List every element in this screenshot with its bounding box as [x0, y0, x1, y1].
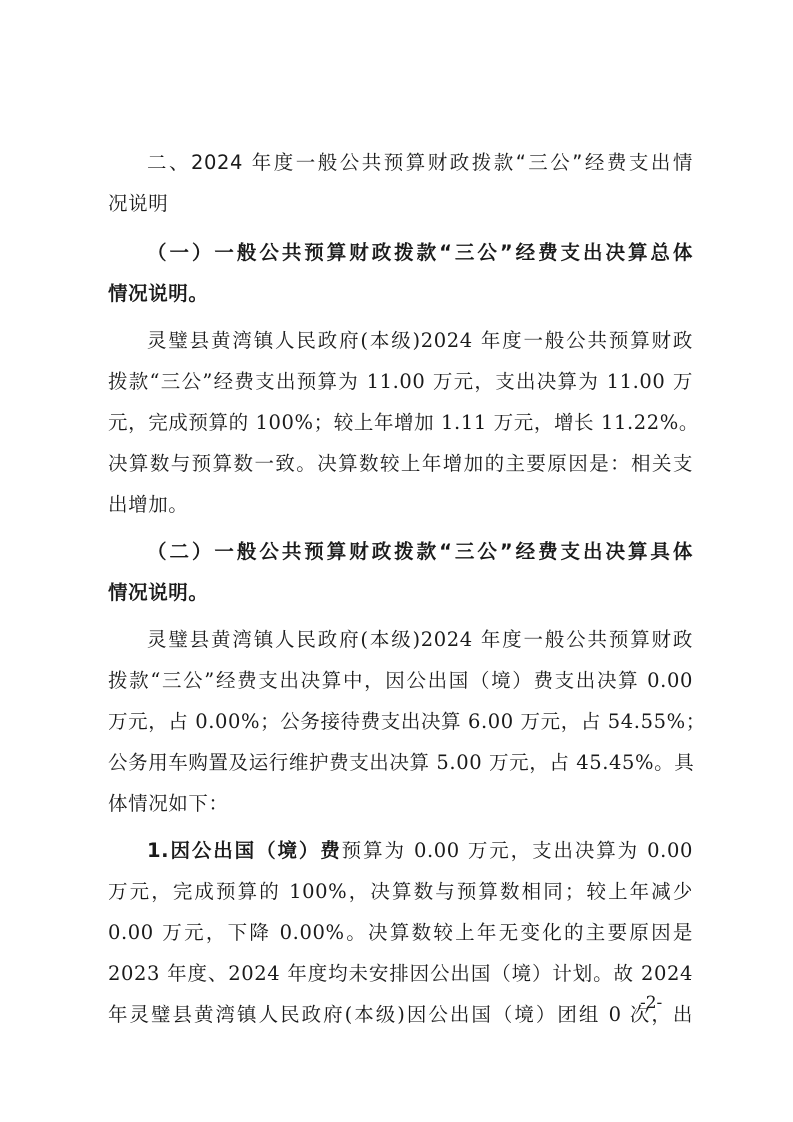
paragraph-line: 灵璧县黄湾镇人民政府(本级)2024 年度一般公共预算财政: [108, 320, 693, 361]
paragraph-line: 万元，完成预算的 100%，决算数与预算数相同；较上年减少: [108, 871, 693, 912]
section-heading: 二、2024 年度一般公共预算财政拨款“三公”经费支出情 况说明: [108, 142, 693, 224]
paragraph-line: 元，完成预算的 100%；较上年增加 1.11 万元，增长 11.22%。: [108, 402, 693, 443]
item-overseas-expense: 1.因公出国（境）费预算为 0.00 万元，支出决算为 0.00 万元，完成预算…: [108, 830, 693, 1035]
item-first-line: 1.因公出国（境）费预算为 0.00 万元，支出决算为 0.00: [108, 830, 693, 871]
paragraph-line: 0.00 万元，下降 0.00%。决算数较上年无变化的主要原因是: [108, 912, 693, 953]
paragraph-line: 决算数与预算数一致。决算数较上年增加的主要原因是：相关支: [108, 443, 693, 484]
paragraph-line: 出增加。: [108, 484, 693, 525]
page-number: -2-: [640, 993, 662, 1013]
paragraph-line: 2023 年度、2024 年度均未安排因公出国（境）计划。故 2024: [108, 953, 693, 994]
paragraph-line: 万元，占 0.00%；公务接待费支出决算 6.00 万元，占 54.55%；: [108, 701, 693, 742]
document-page: 二、2024 年度一般公共预算财政拨款“三公”经费支出情 况说明 （一）一般公共…: [108, 142, 693, 1035]
item-text: 预算为 0.00 万元，支出决算为 0.00: [342, 839, 693, 862]
item-label: 1.因公出国（境）费: [147, 839, 342, 862]
paragraph-line: 拨款“三公”经费支出预算为 11.00 万元，支出决算为 11.00 万: [108, 361, 693, 402]
subsection-heading-line: 情况说明。: [108, 572, 693, 613]
paragraph-line: 拨款“三公”经费支出决算中，因公出国（境）费支出决算 0.00: [108, 660, 693, 701]
paragraph-line: 年灵璧县黄湾镇人民政府(本级)因公出国（境）团组 0 次，出: [108, 994, 693, 1035]
paragraph-line: 公务用车购置及运行维护费支出决算 5.00 万元，占 45.45%。具: [108, 742, 693, 783]
subsection-heading-overall: （一）一般公共预算财政拨款“三公”经费支出决算总体 情况说明。: [108, 232, 693, 314]
paragraph-line: 体情况如下：: [108, 783, 693, 824]
subsection-heading-line: （一）一般公共预算财政拨款“三公”经费支出决算总体: [108, 232, 693, 273]
paragraph-line: 灵璧县黄湾镇人民政府(本级)2024 年度一般公共预算财政: [108, 619, 693, 660]
paragraph-detail: 灵璧县黄湾镇人民政府(本级)2024 年度一般公共预算财政 拨款“三公”经费支出…: [108, 619, 693, 824]
subsection-heading-detail: （二）一般公共预算财政拨款“三公”经费支出决算具体 情况说明。: [108, 531, 693, 613]
section-heading-line: 况说明: [108, 183, 693, 224]
paragraph-overall: 灵璧县黄湾镇人民政府(本级)2024 年度一般公共预算财政 拨款“三公”经费支出…: [108, 320, 693, 525]
section-heading-line: 二、2024 年度一般公共预算财政拨款“三公”经费支出情: [108, 142, 693, 183]
subsection-heading-line: （二）一般公共预算财政拨款“三公”经费支出决算具体: [108, 531, 693, 572]
subsection-heading-line: 情况说明。: [108, 273, 693, 314]
